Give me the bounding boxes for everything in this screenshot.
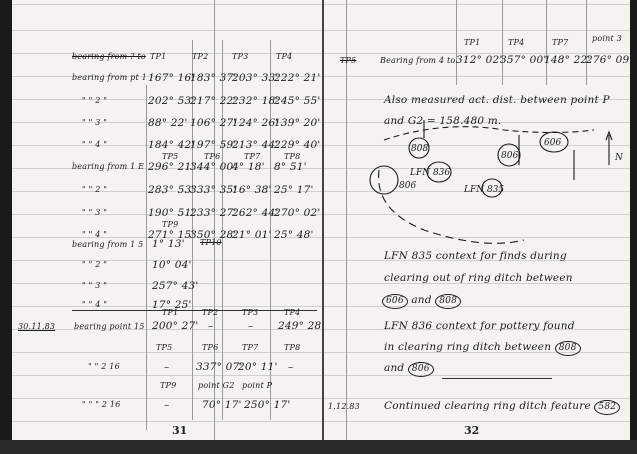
row-label: " " 4 " <box>82 140 107 149</box>
col-header: TP7 <box>242 343 258 352</box>
note-line: 606 and 808 <box>382 294 461 309</box>
bearing-value: – <box>164 361 169 373</box>
entry-divider <box>442 378 552 379</box>
col-header: TP4 <box>276 52 292 61</box>
bearing-value: – <box>288 361 293 373</box>
bearing-value: 257° 43' <box>152 280 198 292</box>
col-header: TP2 <box>202 308 218 317</box>
bearing-value: 8° 51' <box>274 161 307 173</box>
col-header: TP3 <box>242 308 258 317</box>
svg-text:806: 806 <box>399 181 416 191</box>
column-divider <box>586 0 587 85</box>
bearing-value: 139° 20' <box>274 117 320 129</box>
notebook-edge <box>0 440 637 454</box>
struck-label: TP5 <box>340 56 356 65</box>
col-header: TP8 <box>284 343 300 352</box>
page-number: 32 <box>464 424 479 437</box>
bearing-value: 344° 00' <box>190 161 236 173</box>
row-label: bearing from 1 5 <box>72 240 143 249</box>
col-header: TP5 <box>156 343 172 352</box>
col-header: TP1 <box>464 38 480 47</box>
svg-text:N: N <box>614 153 624 163</box>
bearing-value: 10° 04' <box>152 259 192 271</box>
bearing-value: 25° 17' <box>274 184 314 196</box>
date-entry: 30.11.83 <box>18 322 55 331</box>
page-number: 31 <box>172 424 187 437</box>
bearing-value: 249° 28' <box>278 320 322 332</box>
notebook-scan: bearing from ? to TP1 TP2 TP3 TP4 bearin… <box>0 0 637 454</box>
col-header: point G2 <box>198 381 235 390</box>
column-divider <box>456 0 457 85</box>
col-header: TP3 <box>232 52 248 61</box>
col-header: TP1 <box>150 52 166 61</box>
margin-line <box>214 0 215 440</box>
date-entry: 1.12.83 <box>328 402 360 411</box>
col-header: TP4 <box>508 38 524 47</box>
bearing-value: 202° 53' <box>148 95 194 107</box>
bearing-value: – <box>164 399 169 411</box>
context-circle: 606 <box>382 294 408 309</box>
row-label: " " 4 " <box>82 300 107 309</box>
note-line: Also measured act. dist. between point P <box>384 94 610 106</box>
bearing-value: – <box>208 320 213 332</box>
note-line: LFN 835 context for finds during <box>384 250 567 262</box>
column-divider <box>546 0 547 85</box>
bearing-value: 262° 44' <box>232 207 278 219</box>
bearing-value: 88° 22' <box>148 117 188 129</box>
bearing-value: 190° 51' <box>148 207 194 219</box>
bearing-value: 16° 38' <box>232 184 272 196</box>
bearing-value: 183° 37' <box>190 72 236 84</box>
bearing-value: 203° 33' <box>232 72 278 84</box>
column-divider <box>502 0 503 85</box>
bearing-value: 283° 53' <box>148 184 194 196</box>
row-label: " " 3 " <box>82 118 107 127</box>
bearing-value: 333° 35' <box>190 184 236 196</box>
bearing-value: 312° 02' <box>456 54 502 66</box>
row-label: " " 2 " <box>82 96 107 105</box>
left-page: bearing from ? to TP1 TP2 TP3 TP4 bearin… <box>12 0 322 440</box>
col-header: TP9 <box>162 220 178 229</box>
col-header: TP7 <box>244 152 260 161</box>
context-circle: 808 <box>435 294 461 309</box>
col-header: TP1 <box>162 308 178 317</box>
row-label: " " 4 " <box>82 230 107 239</box>
bearing-value: 148° 22' <box>544 54 590 66</box>
bearing-value: 250° 17' <box>244 399 290 411</box>
row-label: bearing from 1 E <box>72 162 144 171</box>
row-label: " " 2 16 <box>88 362 120 371</box>
note-line: LFN 836 context for pottery found <box>384 320 575 332</box>
bearing-value: 124° 26' <box>232 117 278 129</box>
note-line: Continued clearing ring ditch feature 58… <box>384 400 620 415</box>
bearing-value: 106° 27' <box>190 117 236 129</box>
context-circle: 582 <box>594 400 620 415</box>
context-circle: 806 <box>408 362 434 377</box>
bearing-value: 1° 13' <box>152 238 185 250</box>
bearing-value: 184° 42' <box>148 139 194 151</box>
bearing-value: 245° 55' <box>274 95 320 107</box>
row-label: " " 2 " <box>82 260 107 269</box>
bearing-value: 276° 09' <box>586 54 630 66</box>
col-header: TP9 <box>160 381 176 390</box>
ring-ditch-sketch: LFN 836 LFN 835 808 806 806 606 N <box>364 110 624 260</box>
svg-text:LFN 836: LFN 836 <box>409 168 450 178</box>
row-label: bearing from pt 1 <box>72 73 147 82</box>
context-circle: 808 <box>555 341 581 356</box>
row-label: " " 2 " <box>82 185 107 194</box>
row-label: bearing point 15 <box>74 322 145 331</box>
note-line: clearing out of ring ditch between <box>384 272 573 284</box>
bearing-value: 296° 21' <box>148 161 194 173</box>
row-label: " " 3 " <box>82 208 107 217</box>
bearing-value: 20° 11' <box>238 361 278 373</box>
col-header: TP6 <box>202 343 218 352</box>
bearing-value: 200° 27' <box>152 320 198 332</box>
col-header: TP8 <box>284 152 300 161</box>
right-page: TP5 Bearing from 4 to TP1 TP4 TP7 point … <box>324 0 630 440</box>
bearing-value: 167° 16' <box>148 72 194 84</box>
margin-line <box>346 0 347 440</box>
svg-text:606: 606 <box>544 138 561 148</box>
note-line: in clearing ring ditch between 808 <box>384 341 581 356</box>
row-label: " " " 2 16 <box>82 400 120 409</box>
col-header: point P <box>242 381 272 390</box>
bearing-value: 4° 18' <box>232 161 265 173</box>
bearing-value: 21° 01' <box>232 229 272 241</box>
bearing-value: 357° 00' <box>500 54 546 66</box>
svg-text:806: 806 <box>501 151 518 161</box>
bearing-value: 229° 40' <box>274 139 320 151</box>
col-header: TP6 <box>204 152 220 161</box>
struck-header: bearing from ? to <box>72 52 146 61</box>
svg-text:808: 808 <box>411 144 428 154</box>
bearing-value: 217° 22' <box>190 95 236 107</box>
section-divider <box>72 310 317 311</box>
row-label: Bearing from 4 to <box>380 56 455 65</box>
col-header: TP5 <box>162 152 178 161</box>
col-header: TP4 <box>284 308 300 317</box>
svg-text:LFN 835: LFN 835 <box>463 185 504 195</box>
bearing-value: 337° 07' <box>196 361 242 373</box>
bearing-value: 197° 59' <box>190 139 236 151</box>
column-divider <box>146 85 147 430</box>
bearing-value: 70° 17' <box>202 399 242 411</box>
row-label: " " 3 " <box>82 281 107 290</box>
bearing-value: 222° 21' <box>274 72 320 84</box>
col-header: TP2 <box>192 52 208 61</box>
struck-header: TP10 <box>200 238 222 247</box>
bearing-value: 233° 27' <box>190 207 236 219</box>
col-header: TP7 <box>552 38 568 47</box>
col-header: point 3 <box>592 34 622 43</box>
note-line: and 806 <box>384 362 434 377</box>
bearing-value: 25° 48' <box>274 229 314 241</box>
bearing-value: 213° 44' <box>232 139 278 151</box>
bearing-value: 270° 02' <box>274 207 320 219</box>
bearing-value: 232° 18' <box>232 95 278 107</box>
bearing-value: – <box>248 320 253 332</box>
